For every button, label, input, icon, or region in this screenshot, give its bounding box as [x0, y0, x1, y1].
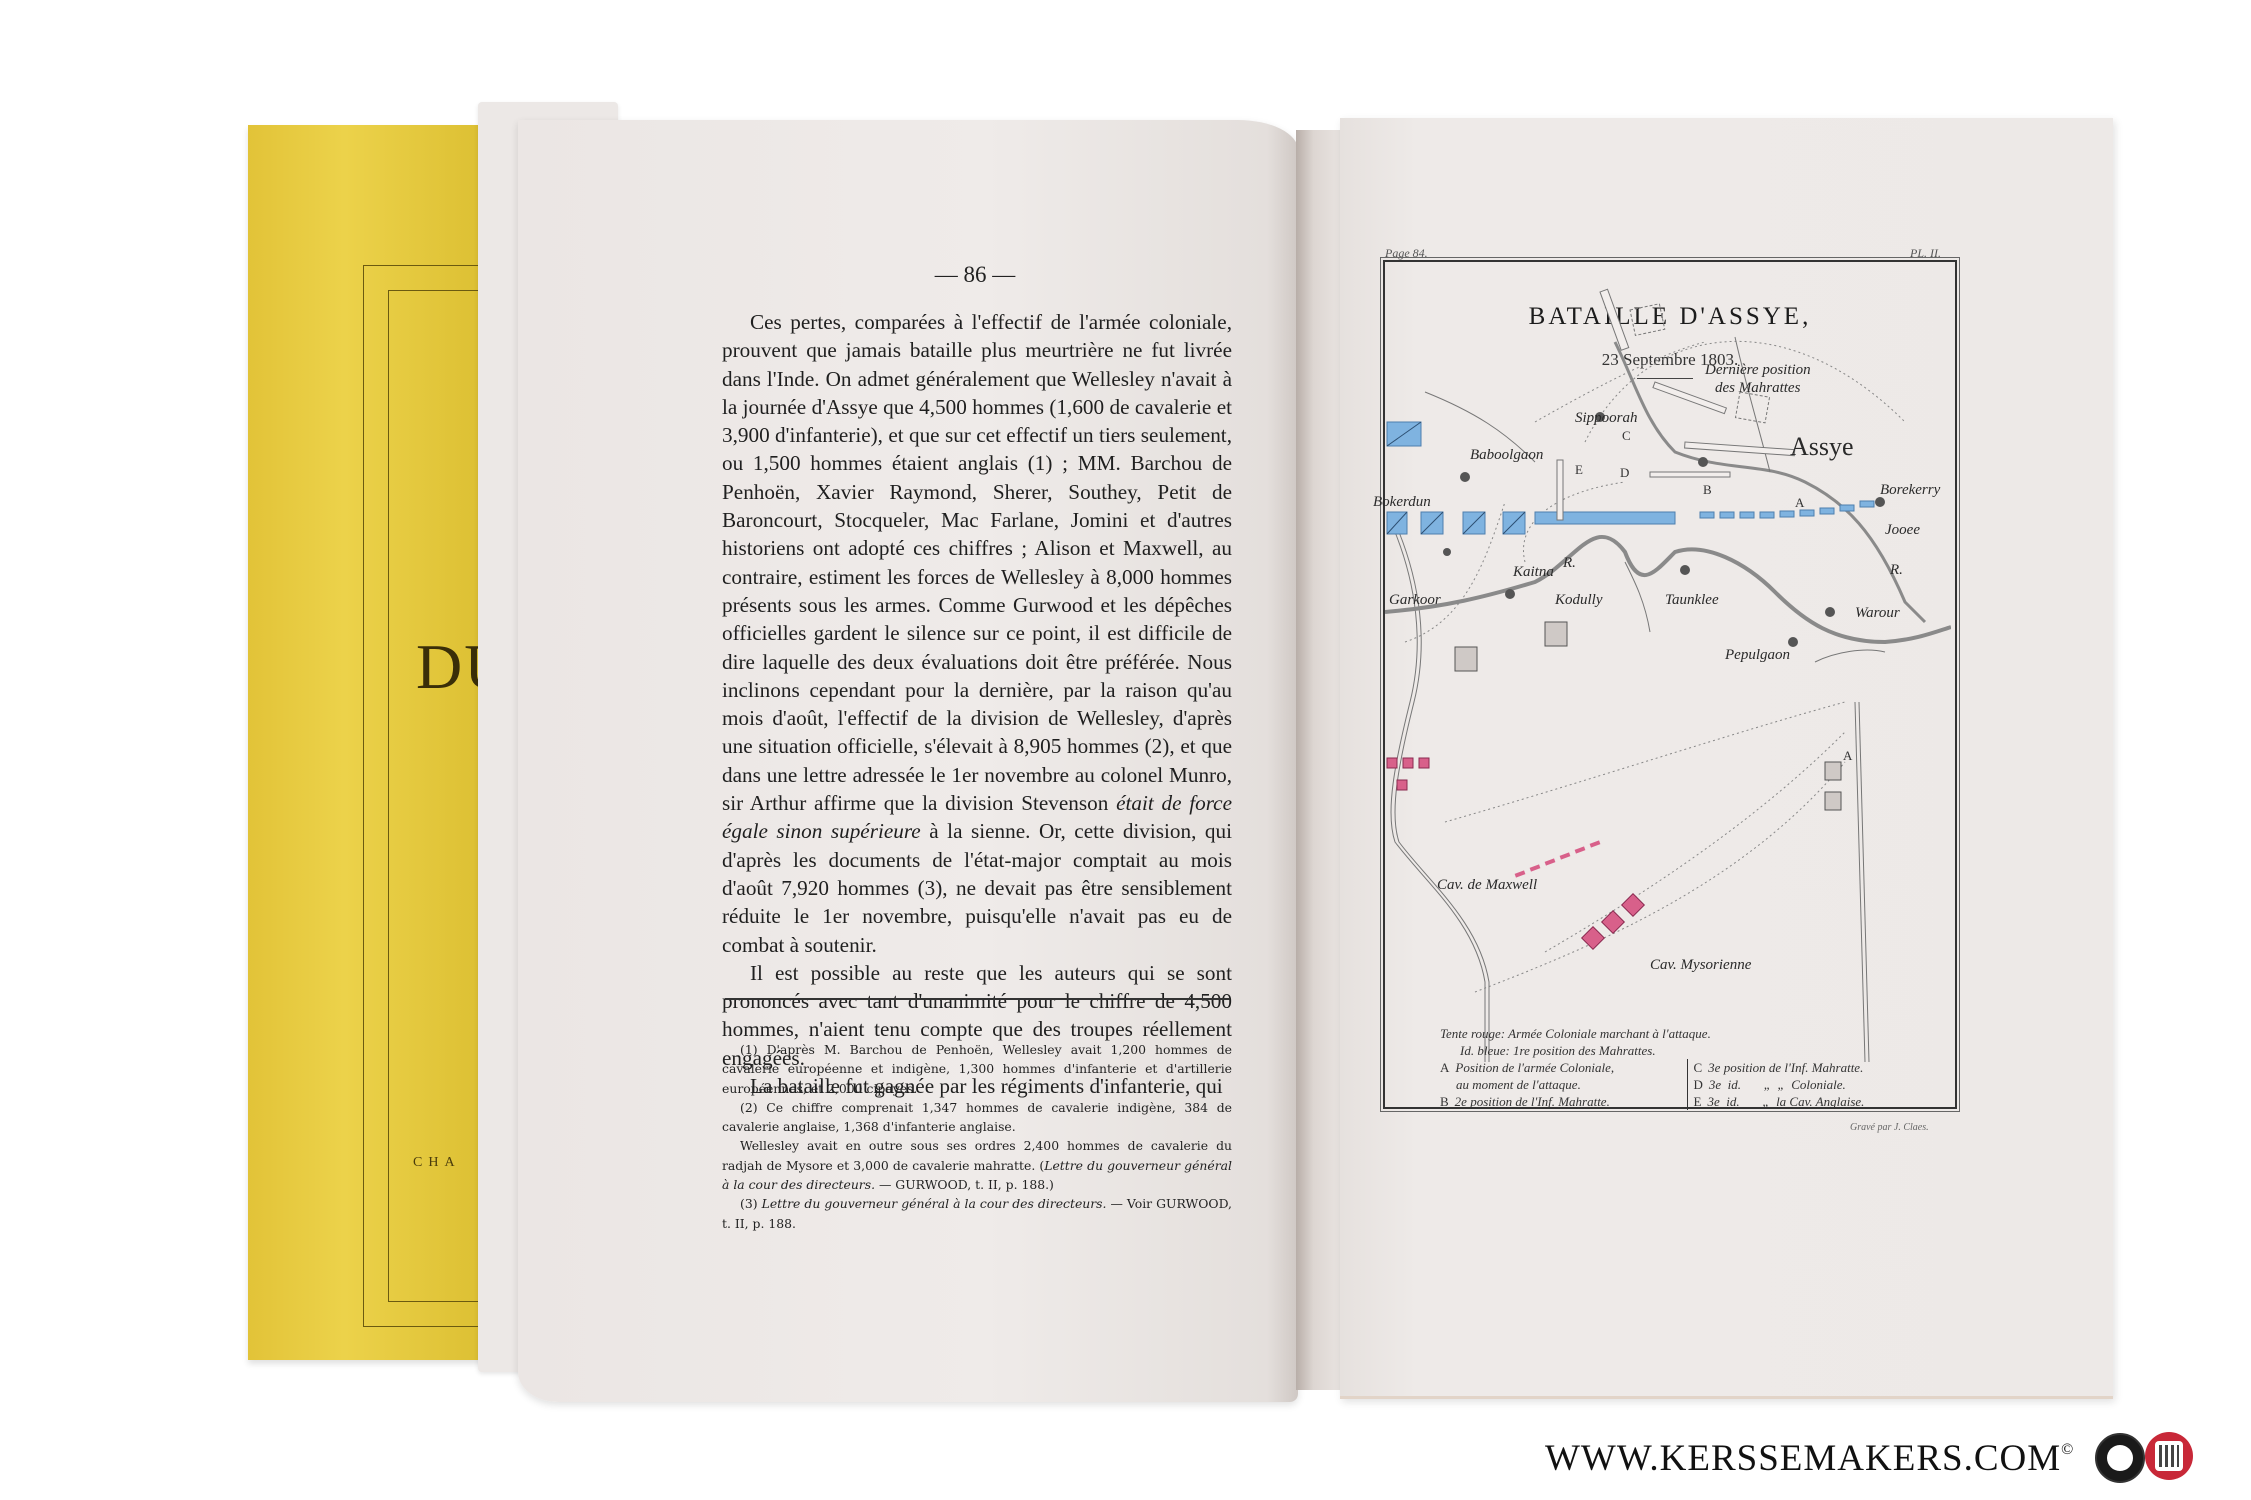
- legend-text: 3e id. „ la Cav. Anglaise.: [1707, 1094, 1864, 1109]
- map-place-label: Jooee: [1885, 522, 1920, 539]
- legend-item-c: C3e position de l'Inf. Mahratte.: [1694, 1059, 1941, 1076]
- paragraph-1-text: Ces pertes, comparées à l'effectif de l'…: [722, 310, 1232, 815]
- map-place-label: Bokerdun: [1373, 494, 1431, 511]
- legend-item-d: D3e id. „ „ Coloniale.: [1694, 1076, 1941, 1093]
- map-place-label: Dernière position: [1705, 362, 1811, 379]
- map-place-label: des Mahrattes: [1715, 380, 1800, 397]
- footnote-2-cont: Wellesley avait en outre sous ses ordres…: [722, 1136, 1232, 1194]
- legend-key: A: [1440, 1060, 1449, 1075]
- map-place-label: Garkoor: [1389, 592, 1441, 609]
- legend-keys: APosition de l'armée Coloniale, au momen…: [1440, 1059, 1940, 1110]
- map-place-label: Kaitna: [1513, 564, 1554, 581]
- page-number: — 86 —: [720, 262, 1230, 288]
- page-reference: Page 84.: [1385, 246, 1428, 261]
- map-place-label: Sippoorah: [1575, 410, 1638, 427]
- watermark-text: WWW.KERSSEMAKERS.COM: [1545, 1438, 2061, 1479]
- map-place-label: Taunklee: [1665, 592, 1719, 609]
- legend-right-col: C3e position de l'Inf. Mahratte. D3e id.…: [1687, 1059, 1941, 1110]
- antiquarian-association-seal-icon: [2095, 1433, 2145, 1483]
- svg-text:B: B: [1703, 482, 1712, 497]
- legend-key: E: [1694, 1094, 1702, 1109]
- copyright-icon: ©: [2061, 1441, 2074, 1458]
- map-place-label: Baboolgaon: [1470, 447, 1543, 464]
- watermark: WWW.KERSSEMAKERS.COM©: [1545, 1437, 2074, 1480]
- map-place-label: R.: [1563, 555, 1576, 572]
- legend-line-2: Id. bleue: 1re position des Mahrattes.: [1440, 1042, 1940, 1059]
- footnote-1: (1) D'après M. Barchou de Penhoën, Welle…: [722, 1040, 1232, 1098]
- legend-line-1: Tente rouge: Armée Coloniale marchant à …: [1440, 1025, 1940, 1042]
- book-gutter: [1296, 130, 1340, 1390]
- map-place-label: Assye: [1790, 432, 1854, 462]
- svg-text:E: E: [1575, 462, 1583, 477]
- map-place-label: R.: [1890, 562, 1903, 579]
- yellow-cover: DU CHA: [248, 125, 488, 1360]
- map-place-label: Borekerry: [1880, 482, 1940, 499]
- map-legend: Tente rouge: Armée Coloniale marchant à …: [1440, 1025, 1940, 1110]
- legend-left-col: APosition de l'armée Coloniale, au momen…: [1440, 1059, 1687, 1110]
- legend-item-a: APosition de l'armée Coloniale,: [1440, 1059, 1687, 1076]
- body-text: Ces pertes, comparées à l'effectif de l'…: [722, 308, 1232, 1100]
- engraver-credit: Gravé par J. Claes.: [1850, 1122, 1929, 1133]
- footnote-2-cont-end: — GURWOOD, t. II, p. 188.): [875, 1177, 1054, 1192]
- map-place-label: Kodully: [1555, 592, 1603, 609]
- legend-key: B: [1440, 1094, 1449, 1109]
- map-place-label: Cav. Mysorienne: [1650, 957, 1751, 974]
- footnote-rule: [725, 998, 1230, 1000]
- footnote-3: (3) Lettre du gouverneur général à la co…: [722, 1194, 1232, 1233]
- ilab-seal-icon: [2145, 1432, 2193, 1480]
- footnote-3-italic: Lettre du gouverneur général à la cour d…: [762, 1196, 1107, 1211]
- legend-item-e: E3e id. „ la Cav. Anglaise.: [1694, 1093, 1941, 1110]
- legend-text: 3e position de l'Inf. Mahratte.: [1708, 1060, 1863, 1075]
- legend-text: 2e position de l'Inf. Mahratte.: [1455, 1094, 1610, 1109]
- paragraph-1: Ces pertes, comparées à l'effectif de l'…: [722, 308, 1232, 959]
- svg-text:D: D: [1620, 465, 1629, 480]
- cover-bottom-fragment: CHA: [413, 1155, 461, 1171]
- legend-item-b: B2e position de l'Inf. Mahratte.: [1440, 1093, 1687, 1110]
- legend-key: D: [1694, 1077, 1703, 1092]
- footnote-3-text: (3): [740, 1196, 762, 1211]
- battle-map: ECDBAA: [1385, 262, 1951, 1102]
- svg-text:A: A: [1843, 748, 1853, 763]
- legend-text: 3e id. „ „ Coloniale.: [1709, 1077, 1846, 1092]
- footnote-2: (2) Ce chiffre comprenait 1,347 hommes d…: [722, 1098, 1232, 1137]
- legend-key: C: [1694, 1060, 1703, 1075]
- map-place-label: Pepulgaon: [1725, 647, 1790, 664]
- svg-text:C: C: [1622, 428, 1631, 443]
- plate-number: PL. II.: [1910, 246, 1941, 261]
- footnotes: (1) D'après M. Barchou de Penhoën, Welle…: [722, 1040, 1232, 1233]
- map-place-label: Warour: [1855, 605, 1900, 622]
- svg-text:A: A: [1795, 495, 1805, 510]
- legend-item-a-cont: au moment de l'attaque.: [1440, 1076, 1687, 1093]
- legend-text: au moment de l'attaque.: [1456, 1077, 1581, 1092]
- legend-text: Position de l'armée Coloniale,: [1455, 1060, 1614, 1075]
- map-place-label: Cav. de Maxwell: [1437, 877, 1537, 894]
